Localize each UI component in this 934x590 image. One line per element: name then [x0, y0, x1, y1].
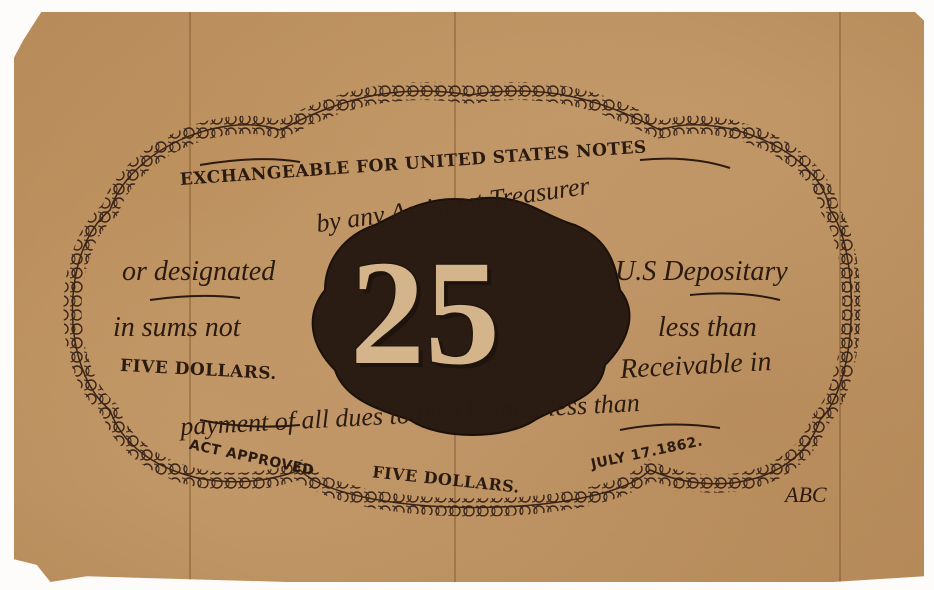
- denomination: 25: [350, 238, 500, 388]
- right-line-1: U.S Depositary: [615, 256, 788, 288]
- signature-initials: ABC: [785, 482, 827, 508]
- left-line-2: in sums not: [113, 312, 241, 344]
- left-line-1: or designated: [122, 256, 275, 288]
- right-line-2: less than: [658, 312, 757, 344]
